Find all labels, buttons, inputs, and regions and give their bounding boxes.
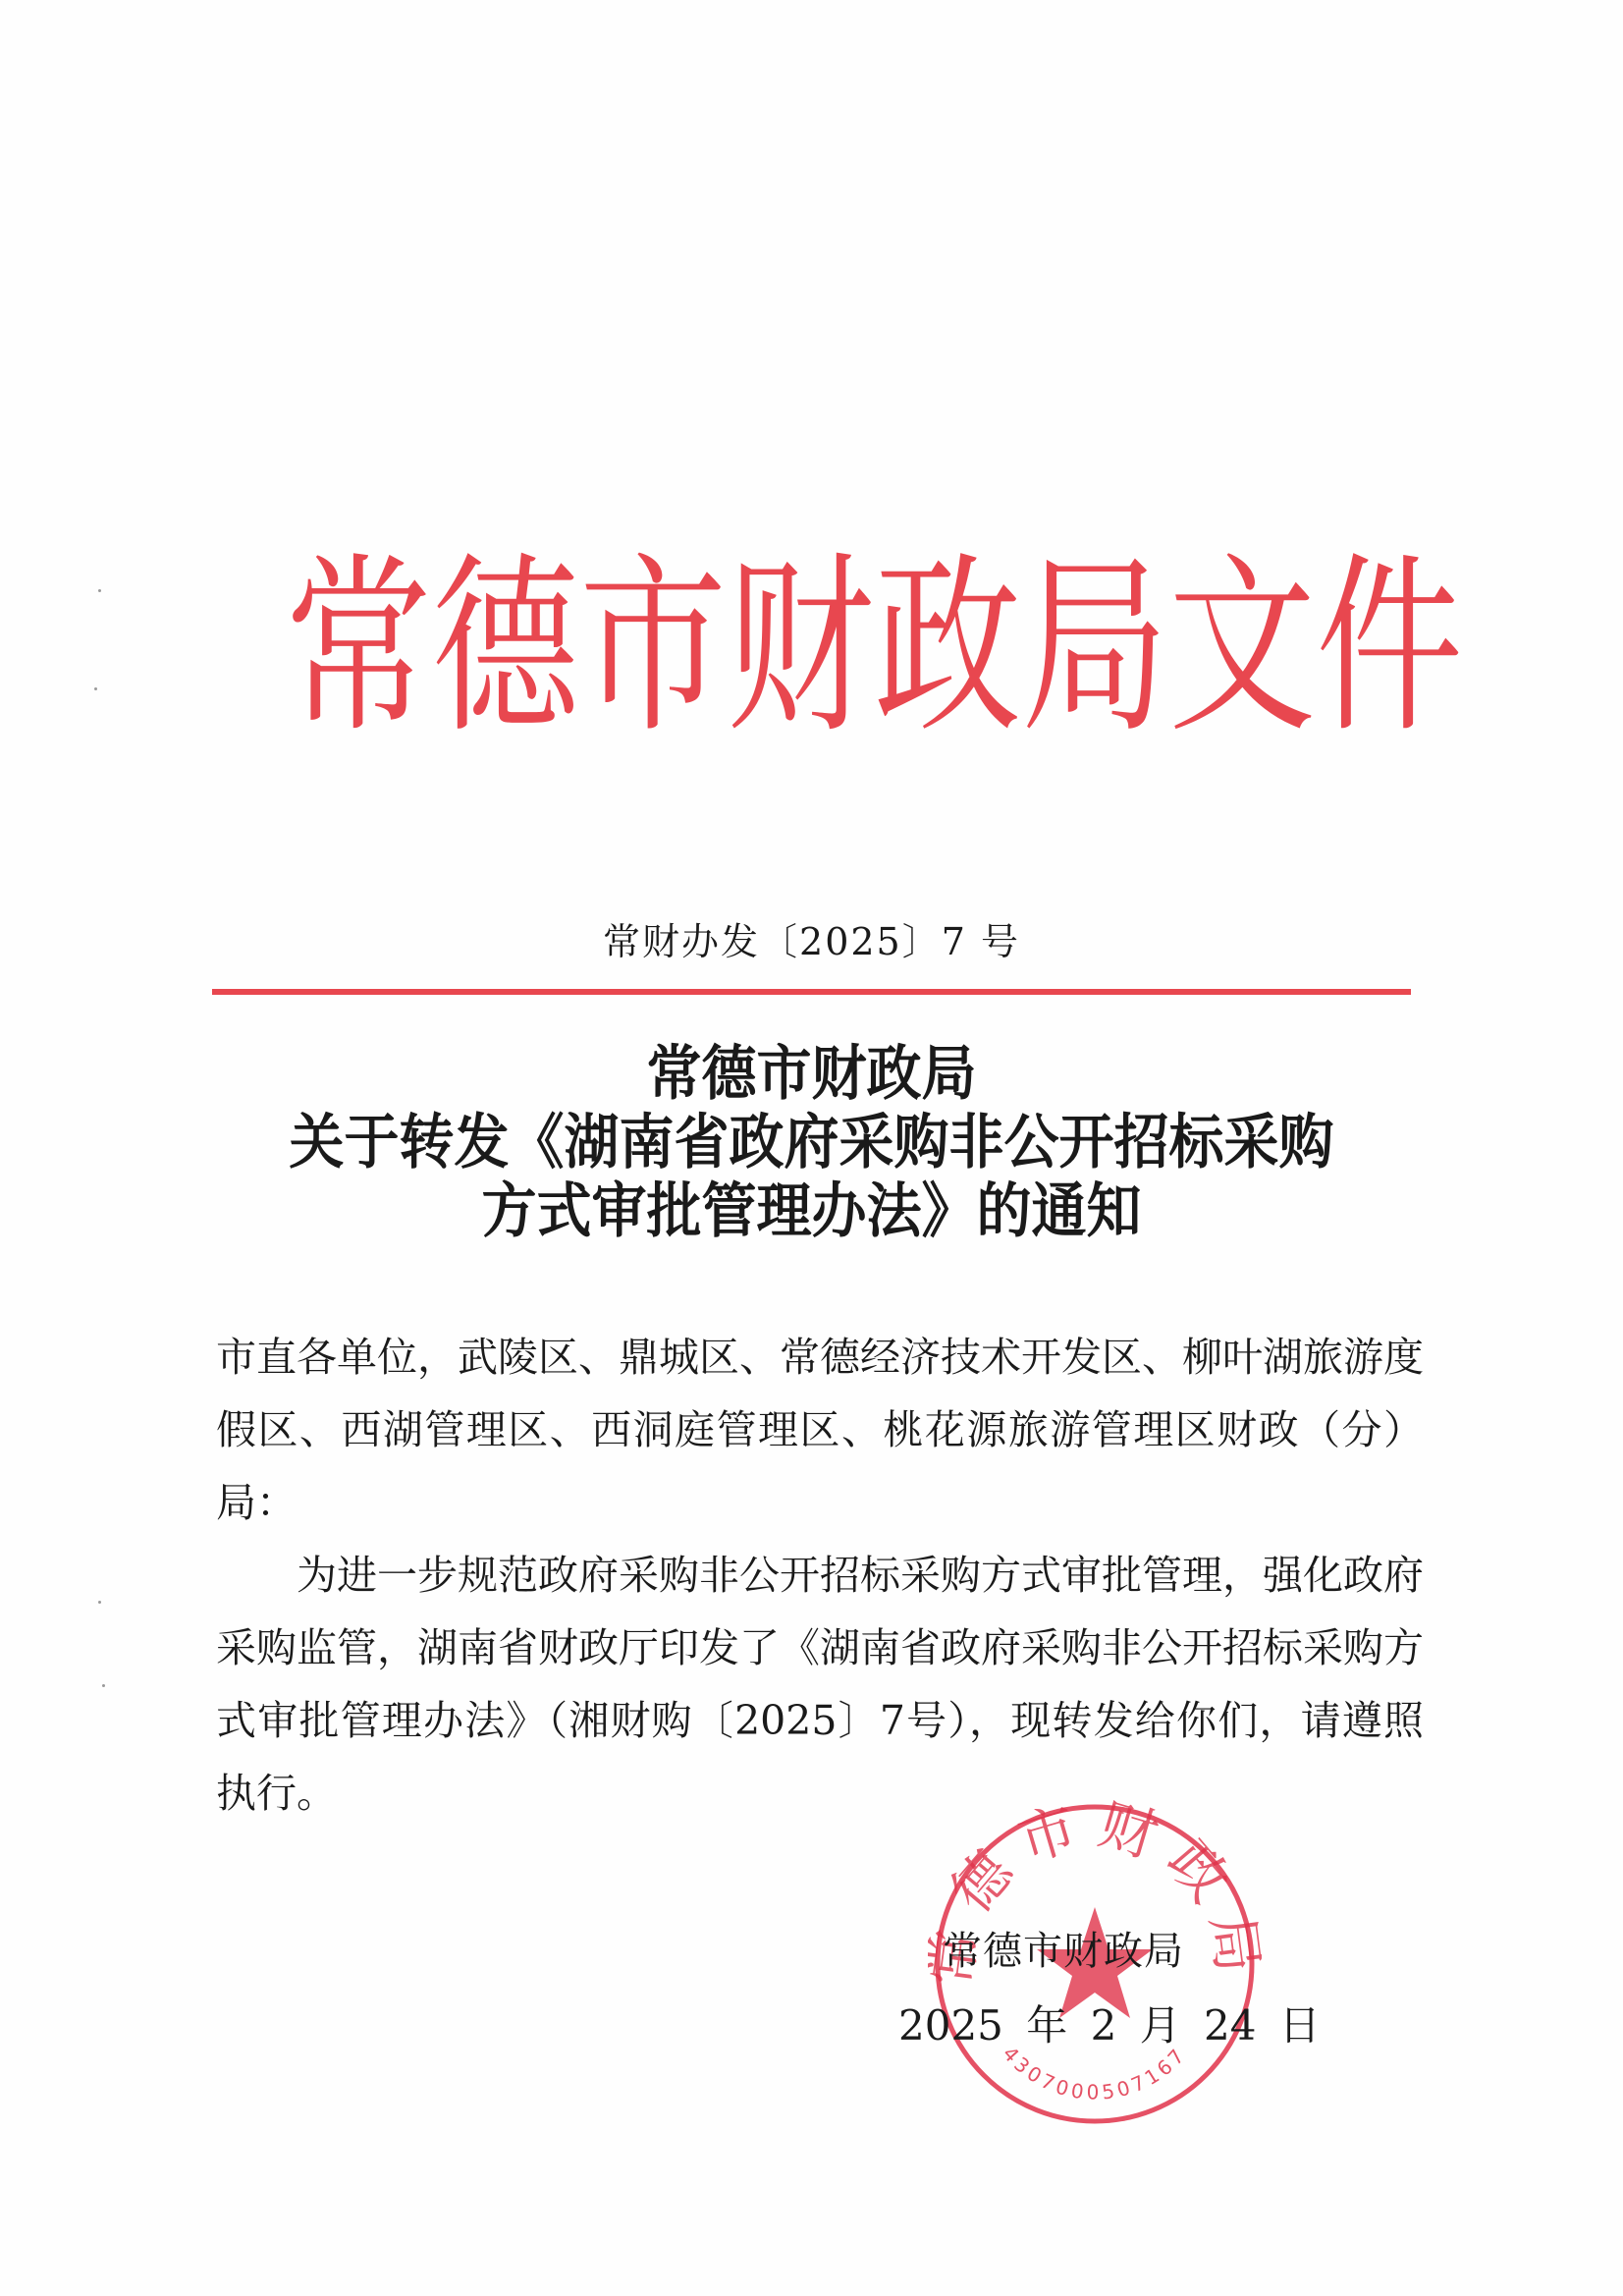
scan-speck xyxy=(94,687,97,690)
masthead-char: 件 xyxy=(1316,553,1463,744)
masthead-char: 市 xyxy=(579,553,727,744)
masthead-char: 局 xyxy=(1021,553,1168,744)
title-line: 常德市财政局 xyxy=(0,1036,1623,1111)
red-divider xyxy=(212,989,1411,995)
document-page: 常 德 市 财 政 局 文 件 常财办发〔2025〕7 号 常德市财政局 关于转… xyxy=(0,0,1623,2296)
masthead-char: 财 xyxy=(727,553,874,744)
title-line: 方式审批管理办法》的通知 xyxy=(0,1174,1623,1248)
signatory: 常德市财政局 xyxy=(943,1920,1184,1976)
document-number: 常财办发〔2025〕7 号 xyxy=(0,911,1623,965)
scan-speck xyxy=(98,1601,101,1604)
document-body: 市直各单位，武陵区、鼎城区、常德经济技术开发区、柳叶湖旅游度假区、西湖管理区、西… xyxy=(216,1321,1424,1830)
issue-date: 2025 年 2 月 24 日 xyxy=(898,1994,1321,2052)
masthead-char: 德 xyxy=(432,553,579,744)
document-title: 常德市财政局 关于转发《湖南省政府采购非公开招标采购 方式审批管理办法》的通知 xyxy=(0,1039,1623,1245)
addressee: 市直各单位，武陵区、鼎城区、常德经济技术开发区、柳叶湖旅游度假区、西湖管理区、西… xyxy=(216,1321,1424,1539)
masthead-char: 常 xyxy=(285,553,432,744)
masthead-char: 文 xyxy=(1168,553,1316,744)
scan-speck xyxy=(102,1684,105,1687)
scan-speck xyxy=(98,589,101,592)
masthead-title: 常 德 市 财 政 局 文 件 xyxy=(285,555,1325,741)
title-line: 关于转发《湖南省政府采购非公开招标采购 xyxy=(0,1105,1623,1179)
body-paragraph: 为进一步规范政府采购非公开招标采购方式审批管理，强化政府采购监管，湖南省财政厅印… xyxy=(216,1539,1424,1830)
masthead-char: 政 xyxy=(874,553,1021,744)
